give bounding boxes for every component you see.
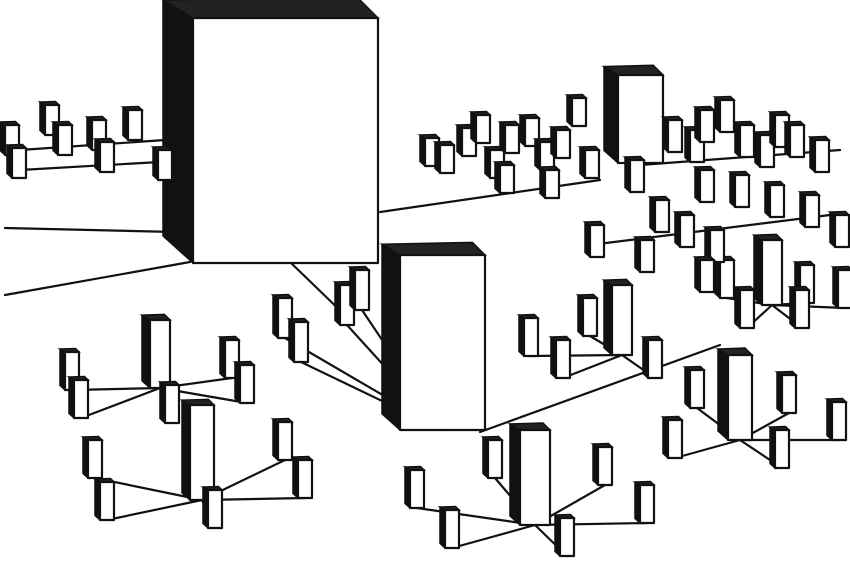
leaf-node xyxy=(69,377,88,419)
leaf-node xyxy=(567,95,586,127)
leaf-node xyxy=(95,139,114,173)
leaf-node xyxy=(730,172,749,208)
leaf-node xyxy=(790,287,809,329)
leaf-node xyxy=(833,267,850,309)
cluster-hub-center xyxy=(382,242,485,430)
leaf-node xyxy=(519,315,538,357)
network-diagram xyxy=(0,0,850,579)
leaf-node xyxy=(53,122,72,156)
leaf-node xyxy=(785,122,804,158)
leaf-node xyxy=(95,479,114,521)
leaf-node xyxy=(500,122,519,154)
leaf-node xyxy=(289,319,308,363)
leaf-node xyxy=(273,419,292,461)
leaf-node xyxy=(580,147,599,179)
leaf-node xyxy=(483,437,502,479)
leaf-node xyxy=(695,257,714,293)
sub-hub xyxy=(182,399,214,500)
leaf-node xyxy=(495,162,514,194)
leaf-node xyxy=(540,167,559,199)
sub-hub xyxy=(604,279,632,355)
leaf-node xyxy=(777,372,796,414)
leaf-node xyxy=(765,182,784,218)
sub-hub xyxy=(754,234,782,305)
leaf-node xyxy=(123,107,142,141)
leaf-node xyxy=(830,212,849,248)
node-boxes xyxy=(0,0,850,556)
leaf-node xyxy=(643,337,662,379)
leaf-node xyxy=(405,467,424,509)
leaf-node xyxy=(715,97,734,133)
leaf-node xyxy=(810,137,829,173)
leaf-node xyxy=(440,507,459,549)
leaf-node xyxy=(153,147,172,181)
leaf-node xyxy=(203,487,222,529)
leaf-node xyxy=(235,362,254,404)
cluster-hub-right xyxy=(604,65,663,163)
root-node xyxy=(163,0,378,263)
leaf-node xyxy=(685,367,704,409)
leaf-node xyxy=(735,287,754,329)
leaf-node xyxy=(555,515,574,557)
leaf-node xyxy=(551,127,570,159)
leaf-node xyxy=(471,112,490,144)
leaf-node xyxy=(695,167,714,203)
leaf-node xyxy=(160,382,179,424)
leaf-node xyxy=(293,457,312,499)
sub-hub xyxy=(510,423,550,525)
leaf-node xyxy=(827,399,846,441)
leaf-node xyxy=(663,417,682,459)
leaf-node xyxy=(675,212,694,248)
leaf-node xyxy=(578,295,597,337)
leaf-node xyxy=(625,157,644,193)
leaf-node xyxy=(7,145,26,179)
leaf-node xyxy=(635,482,654,524)
leaf-node xyxy=(635,237,654,273)
leaf-node xyxy=(551,337,570,379)
leaf-node xyxy=(585,222,604,258)
leaf-node xyxy=(735,122,754,158)
sub-hub xyxy=(718,348,752,440)
leaf-node xyxy=(350,267,369,311)
leaf-node xyxy=(435,142,454,174)
leaf-node xyxy=(83,437,102,479)
sub-hub xyxy=(142,314,170,388)
leaf-node xyxy=(695,107,714,143)
leaf-node xyxy=(663,117,682,153)
leaf-node xyxy=(650,197,669,233)
leaf-node xyxy=(770,427,789,469)
leaf-node xyxy=(593,444,612,486)
leaf-node xyxy=(800,192,819,228)
